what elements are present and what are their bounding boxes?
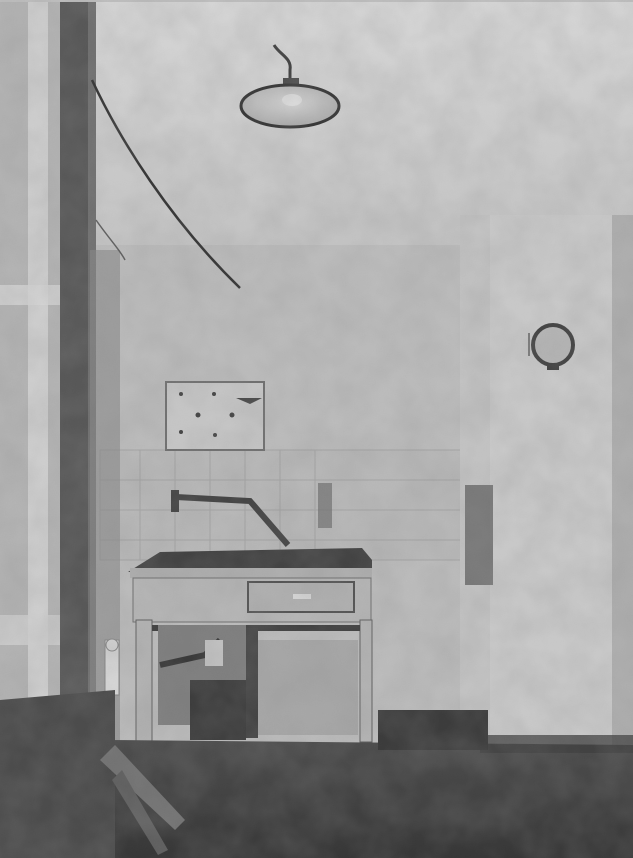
room-photograph — [0, 0, 633, 858]
